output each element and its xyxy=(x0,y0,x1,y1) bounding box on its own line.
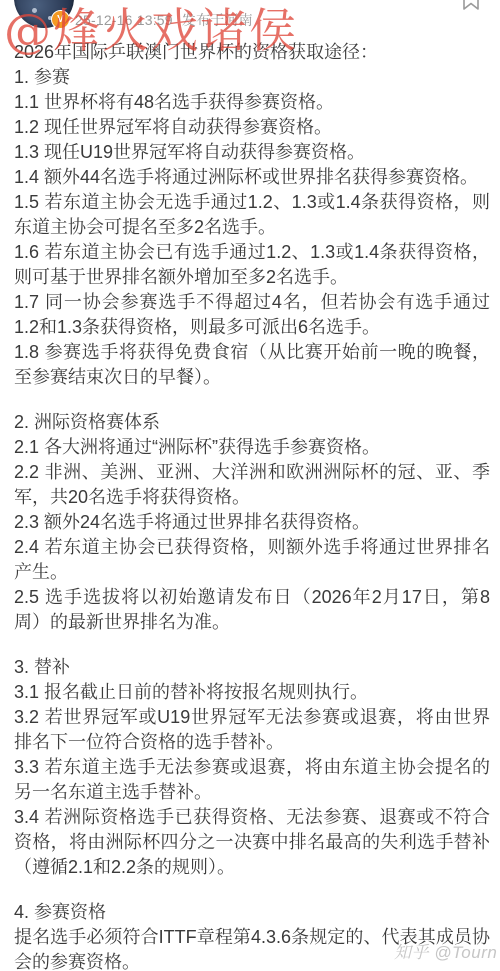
rule-item: 1.5 若东道主协会无选手通过1.2、1.3或1.4条获得资格，则东道主协会可提… xyxy=(14,190,490,240)
post-title: 2026年国际乒联澳门世界杯的资格获取途径： xyxy=(14,40,490,65)
rule-item: 1.4 额外44名选手将通过洲际杯或世界排名获得参赛资格。 xyxy=(14,165,490,190)
rule-item: 1.6 若东道主协会已有选手通过1.2、1.3或1.4条获得资格，则可基于世界排… xyxy=(14,240,490,290)
rule-item: 2.3 额外24名选手将通过世界排名获得资格。 xyxy=(14,510,490,535)
rule-item: 2.2 非洲、美洲、亚洲、大洋洲和欧洲洲际杯的冠、亚、季军，共20名选手将获得资… xyxy=(14,460,490,510)
post-body: 2026年国际乒联澳门世界杯的资格获取途径： 1. 参赛 1.1 世界杯将有48… xyxy=(0,0,500,971)
rule-item: 2.4 若东道主协会已获得资格，则额外选手将通过世界排名产生。 xyxy=(14,535,490,585)
section-substitutes: 3. 替补 3.1 报名截止日前的替补将按报名规则执行。 3.2 若世界冠军或U… xyxy=(14,655,490,880)
rule-item: 1.1 世界杯将有48名选手获得参赛资格。 xyxy=(14,90,490,115)
rule-item: 3.1 报名截止日前的替补将按报名规则执行。 xyxy=(14,680,490,705)
social-post-screenshot: V 25-12-16 13:59发布于河南 @烽火戏诸侯 2026年国际乒联澳门… xyxy=(0,0,500,971)
rule-item: 2.1 各大洲将通过“洲际杯”获得选手参赛资格。 xyxy=(14,435,490,460)
section-continental: 2. 洲际资格赛体系 2.1 各大洲将通过“洲际杯”获得选手参赛资格。 2.2 … xyxy=(14,410,490,635)
rule-item: 2.5 选手选拔将以初始邀请发布日（2026年2月17日，第8周）的最新世界排名… xyxy=(14,585,490,635)
rule-item: 3.2 若世界冠军或U19世界冠军无法参赛或退赛，将由世界排名下一位符合资格的选… xyxy=(14,705,490,755)
rule-item: 1.2 现任世界冠军将自动获得参赛资格。 xyxy=(14,115,490,140)
section-heading: 3. 替补 xyxy=(14,655,490,680)
rule-item: 3.4 若洲际资格选手已获得资格、无法参赛、退赛或不符合资格，将由洲际杯四分之一… xyxy=(14,805,490,880)
section-entry: 1. 参赛 1.1 世界杯将有48名选手获得参赛资格。 1.2 现任世界冠军将自… xyxy=(14,65,490,390)
rule-item: 1.7 同一协会参赛选手不得超过4名，但若协会有选手通过1.2和1.3条获得资格… xyxy=(14,290,490,340)
section-heading: 4. 参赛资格 xyxy=(14,900,490,925)
section-heading: 2. 洲际资格赛体系 xyxy=(14,410,490,435)
rule-item: 1.8 参赛选手将获得免费食宿（从比赛开始前一晚的晚餐，至参赛结束次日的早餐）。 xyxy=(14,340,490,390)
section-heading: 1. 参赛 xyxy=(14,65,490,90)
watermark-zhihu: 知乎 @Tourn xyxy=(394,938,497,963)
rule-item: 3.3 若东道主选手无法参赛或退赛，将由东道主协会提名的另一名东道主选手替补。 xyxy=(14,755,490,805)
rule-item: 1.3 现任U19世界冠军将自动获得参赛资格。 xyxy=(14,140,490,165)
